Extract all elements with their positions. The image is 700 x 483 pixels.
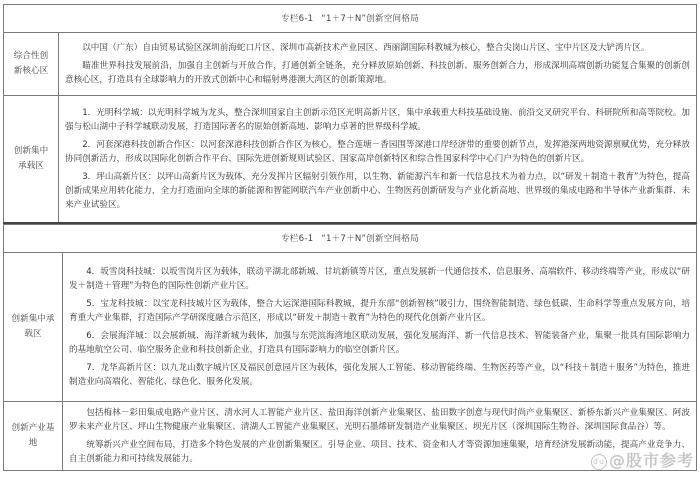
row-label: 创新产业基地 bbox=[4, 402, 63, 471]
paragraph: 包括梅林－彩田集成电路产业片区、清水河人工智能产业片区、盐田海洋创新产业集聚区、… bbox=[69, 406, 690, 434]
row-content: 1．光明科学城：以光明科学城为龙头，整合深圳国家自主创新示范区光明高新片区，集中… bbox=[59, 96, 697, 223]
row-content: 以中国（广东）自由贸易试验区深圳前海蛇口片区、深圳市高新技术产业园区、西丽湖国际… bbox=[59, 33, 697, 96]
paragraph: 瞄准世界科技发展前沿，加强自主创新与开放合作，打通创新全链条，充分释放原始创新、… bbox=[65, 59, 690, 87]
table-caption: 专栏6-1“1＋7＋N”创新空间格局 bbox=[4, 5, 697, 33]
paragraph: 1．光明科学城：以光明科学城为龙头，整合深圳国家自主创新示范区光明高新片区，集中… bbox=[65, 106, 690, 134]
paragraph: 3．坪山高新片区：以坪山高新片区为载体，充分发挥片区辐射引领作用，以生物、新能源… bbox=[65, 170, 690, 212]
paragraph: 7．龙华高新片区：以九龙山数字城片区及福民创意园片区为载体，强化发展人工智能、移… bbox=[69, 361, 690, 389]
watermark: du@股市参考 bbox=[591, 448, 694, 471]
table-row: 创新集中承载区 4．坂雪岗科技城：以坂雪岗片区为载体，联动平湖北部新城、甘坑新镇… bbox=[4, 253, 697, 402]
paragraph: 2．河套深港科技创新合作区：以河套深港科技创新合作区为核心，整合莲塘－香园围等深… bbox=[65, 138, 690, 166]
row-label: 综合性创新核心区 bbox=[4, 33, 59, 96]
row-label: 创新集中承载区 bbox=[4, 96, 59, 223]
watermark-text: @股市参考 bbox=[609, 451, 694, 470]
caption-prefix: 专栏6-1 bbox=[281, 14, 313, 24]
paragraph: 6．会展海洋城：以会展新城、海洋新城为载体，加强与东莞滨海湾地区联动发展，强化发… bbox=[69, 329, 690, 357]
row-label: 创新集中承载区 bbox=[4, 253, 63, 402]
paragraph: 4．坂雪岗科技城：以坂雪岗片区为载体，联动平湖北部新城、甘坑新镇等片区，重点发展… bbox=[69, 265, 690, 293]
caption-title: “1＋7＋N”创新空间格局 bbox=[321, 234, 419, 244]
table-row: 综合性创新核心区 以中国（广东）自由贸易试验区深圳前海蛇口片区、深圳市高新技术产… bbox=[4, 33, 697, 96]
caption-prefix: 专栏6-1 bbox=[281, 234, 313, 244]
table-innovation-layout-part2: 专栏6-1“1＋7＋N”创新空间格局 创新集中承载区 4．坂雪岗科技城：以坂雪岗… bbox=[3, 224, 697, 471]
table-row: 创新集中承载区 1．光明科学城：以光明科学城为龙头，整合深圳国家自主创新示范区光… bbox=[4, 96, 697, 223]
row-content: 4．坂雪岗科技城：以坂雪岗片区为载体，联动平湖北部新城、甘坑新镇等片区，重点发展… bbox=[63, 253, 697, 402]
caption-title: “1＋7＋N”创新空间格局 bbox=[321, 14, 419, 24]
table-caption: 专栏6-1“1＋7＋N”创新空间格局 bbox=[4, 225, 697, 253]
table-caption-row: 专栏6-1“1＋7＋N”创新空间格局 bbox=[4, 225, 697, 253]
baidu-logo-icon: du bbox=[591, 454, 607, 470]
paragraph: 以中国（广东）自由贸易试验区深圳前海蛇口片区、深圳市高新技术产业园区、西丽湖国际… bbox=[65, 41, 690, 55]
table-caption-row: 专栏6-1“1＋7＋N”创新空间格局 bbox=[4, 5, 697, 33]
table-innovation-layout-part1: 专栏6-1“1＋7＋N”创新空间格局 综合性创新核心区 以中国（广东）自由贸易试… bbox=[3, 4, 697, 224]
paragraph: 5．宝龙科技城：以宝龙科技城片区为载体，整合大运深港国际科教城，提升东部“创新智… bbox=[69, 297, 690, 325]
